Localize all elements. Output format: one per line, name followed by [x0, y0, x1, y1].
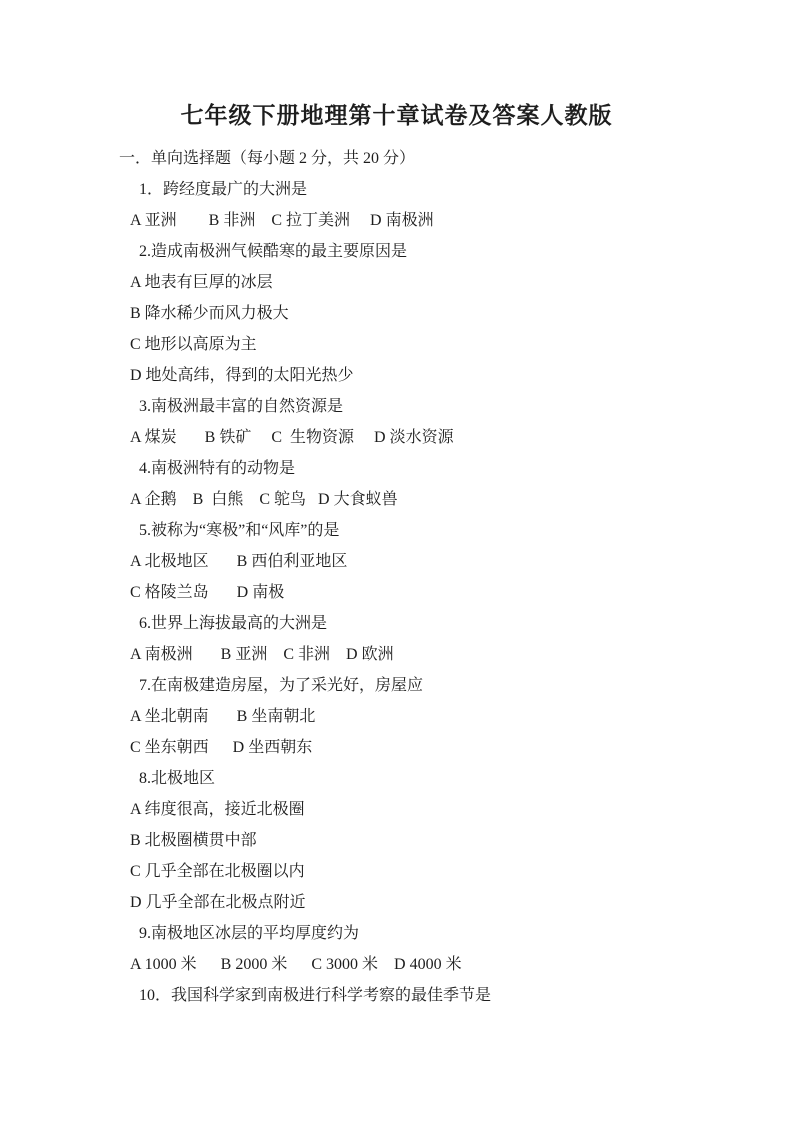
document-content: 一．单向选择题（每小题 2 分，共 20 分） 1．跨经度最广的大洲是A 亚洲 … — [0, 143, 793, 1011]
question-line: 1．跨经度最广的大洲是 — [0, 174, 793, 205]
question-line: 10．我国科学家到南极进行科学考察的最佳季节是 — [0, 980, 793, 1011]
question-line: 8.北极地区 — [0, 763, 793, 794]
option-line: A 纬度很高，接近北极圈 — [0, 794, 793, 825]
question-line: 2.造成南极洲气候酷寒的最主要原因是 — [0, 236, 793, 267]
option-line: A 地表有巨厚的冰层 — [0, 267, 793, 298]
option-line: A 企鹅 B 白熊 C 鸵鸟 D 大食蚁兽 — [0, 484, 793, 515]
question-line: 6.世界上海拔最高的大洲是 — [0, 608, 793, 639]
question-line: 7.在南极建造房屋，为了采光好，房屋应 — [0, 670, 793, 701]
question-line: 5.被称为“寒极”和“风库”的是 — [0, 515, 793, 546]
option-line: C 坐东朝西 D 坐西朝东 — [0, 732, 793, 763]
option-line: C 格陵兰岛 D 南极 — [0, 577, 793, 608]
option-line: B 北极圈横贯中部 — [0, 825, 793, 856]
option-line: A 亚洲 B 非洲 C 拉丁美洲 D 南极洲 — [0, 205, 793, 236]
option-line: A 1000 米 B 2000 米 C 3000 米 D 4000 米 — [0, 949, 793, 980]
document-title: 七年级下册地理第十章试卷及答案人教版 — [0, 97, 793, 130]
option-line: D 几乎全部在北极点附近 — [0, 887, 793, 918]
option-line: A 煤炭 B 铁矿 C 生物资源 D 淡水资源 — [0, 422, 793, 453]
document-page: 七年级下册地理第十章试卷及答案人教版 一．单向选择题（每小题 2 分，共 20 … — [0, 0, 793, 1122]
option-line: B 降水稀少而风力极大 — [0, 298, 793, 329]
option-line: A 南极洲 B 亚洲 C 非洲 D 欧洲 — [0, 639, 793, 670]
option-line: D 地处高纬，得到的太阳光热少 — [0, 360, 793, 391]
section-heading: 一．单向选择题（每小题 2 分，共 20 分） — [0, 143, 793, 174]
option-line: C 几乎全部在北极圈以内 — [0, 856, 793, 887]
question-line: 3.南极洲最丰富的自然资源是 — [0, 391, 793, 422]
option-line: A 坐北朝南 B 坐南朝北 — [0, 701, 793, 732]
question-line: 4.南极洲特有的动物是 — [0, 453, 793, 484]
option-line: C 地形以高原为主 — [0, 329, 793, 360]
question-line: 9.南极地区冰层的平均厚度约为 — [0, 918, 793, 949]
option-line: A 北极地区 B 西伯利亚地区 — [0, 546, 793, 577]
